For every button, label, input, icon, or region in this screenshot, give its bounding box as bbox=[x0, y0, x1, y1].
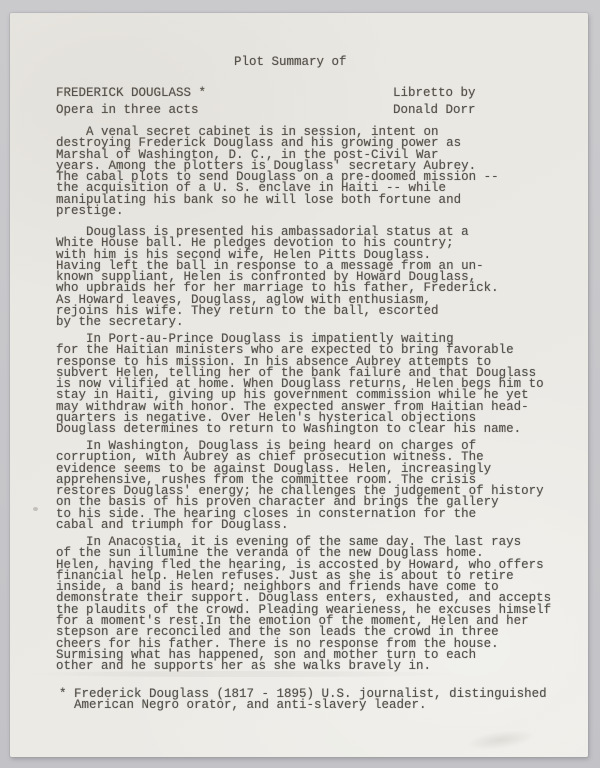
paragraph-act3-anacostia: In Anacostia, it is evening of the same … bbox=[56, 537, 551, 673]
page-title: Plot Summary of bbox=[234, 57, 347, 68]
document-page: Plot Summary of FREDERICK DOUGLASS * Ope… bbox=[10, 13, 588, 757]
paragraph-act2-haiti: In Port-au-Prince Douglass is impatientl… bbox=[56, 334, 544, 436]
credit-label: Libretto by bbox=[393, 88, 476, 99]
pencil-smudge bbox=[464, 726, 536, 754]
paragraph-act1-ball: Douglass is presented his ambassadorial … bbox=[56, 227, 499, 329]
work-title: FREDERICK DOUGLASS * bbox=[56, 88, 206, 99]
work-subtitle: Opera in three acts bbox=[56, 105, 199, 116]
scan-background: Plot Summary of FREDERICK DOUGLASS * Ope… bbox=[0, 0, 600, 768]
paragraph-act3-hearing: In Washington, Douglass is being heard o… bbox=[56, 441, 544, 531]
margin-speck bbox=[33, 507, 38, 511]
scan-streak bbox=[30, 671, 460, 677]
footnote: * Frederick Douglass (1817 - 1895) U.S. … bbox=[59, 689, 547, 712]
paragraph-act1-cabal: A venal secret cabinet is in session, in… bbox=[56, 127, 499, 217]
credit-name: Donald Dorr bbox=[393, 105, 476, 116]
